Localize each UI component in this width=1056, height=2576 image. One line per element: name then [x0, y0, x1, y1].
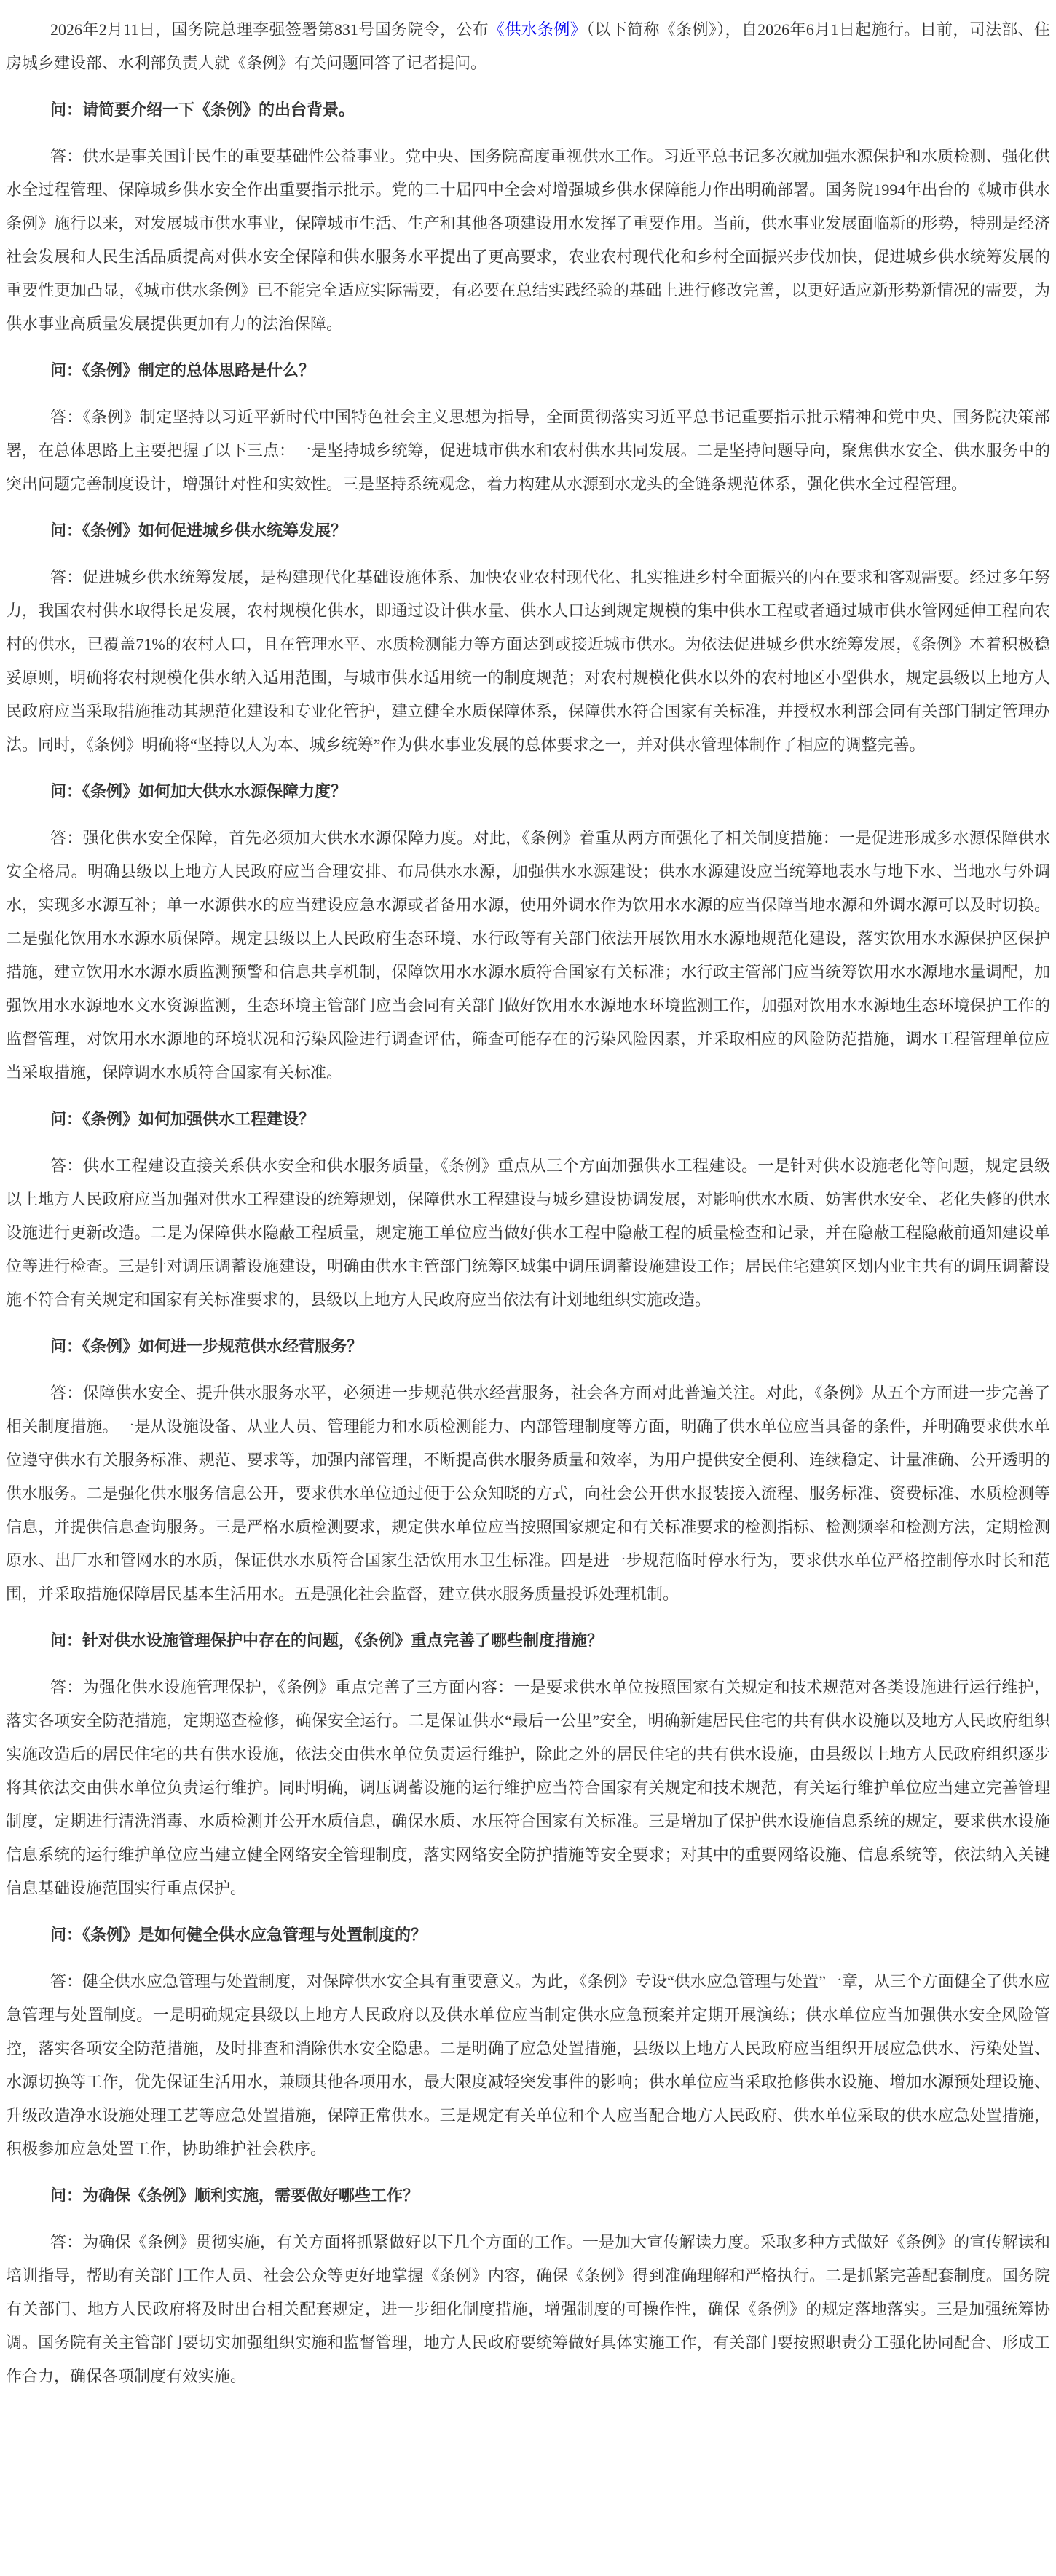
question-6: 问：《条例》如何进一步规范供水经营服务？ — [6, 1330, 1050, 1363]
intro-text-before-link: 2026年2月11日，国务院总理李强签署第831号国务院令，公布 — [50, 20, 489, 39]
question-8: 问：《条例》是如何健全供水应急管理与处置制度的？ — [6, 1918, 1050, 1952]
question-5: 问：《条例》如何加强供水工程建设？ — [6, 1103, 1050, 1136]
question-4: 问：《条例》如何加大供水水源保障力度？ — [6, 775, 1050, 808]
answer-3: 答：促进城乡供水统筹发展，是构建现代化基础设施体系、加快农业农村现代化、扎实推进… — [6, 561, 1050, 762]
press-qa-article: 2026年2月11日，国务院总理李强签署第831号国务院令，公布《供水条例》（以… — [0, 13, 1056, 2428]
water-supply-regulation-link[interactable]: 《供水条例》 — [489, 20, 586, 39]
answer-9: 答：为确保《条例》贯彻实施，有关方面将抓紧做好以下几个方面的工作。一是加大宣传解… — [6, 2226, 1050, 2393]
intro-paragraph: 2026年2月11日，国务院总理李强签署第831号国务院令，公布《供水条例》（以… — [6, 13, 1050, 80]
answer-5: 答：供水工程建设直接关系供水安全和供水服务质量，《条例》重点从三个方面加强供水工… — [6, 1149, 1050, 1317]
answer-8: 答：健全供水应急管理与处置制度，对保障供水安全具有重要意义。为此，《条例》专设“… — [6, 1965, 1050, 2166]
answer-2: 答：《条例》制定坚持以习近平新时代中国特色社会主义思想为指导，全面贯彻落实习近平… — [6, 401, 1050, 501]
question-9: 问：为确保《条例》顺利实施，需要做好哪些工作？ — [6, 2179, 1050, 2213]
answer-7: 答：为强化供水设施管理保护，《条例》重点完善了三方面内容：一是要求供水单位按照国… — [6, 1671, 1050, 1905]
question-1: 问：请简要介绍一下《条例》的出台背景。 — [6, 93, 1050, 127]
question-3: 问：《条例》如何促进城乡供水统筹发展？ — [6, 514, 1050, 548]
answer-1: 答：供水是事关国计民生的重要基础性公益事业。党中央、国务院高度重视供水工作。习近… — [6, 140, 1050, 341]
question-7: 问：针对供水设施管理保护中存在的问题，《条例》重点完善了哪些制度措施？ — [6, 1624, 1050, 1658]
answer-6: 答：保障供水安全、提升供水服务水平，必须进一步规范供水经营服务，社会各方面对此普… — [6, 1376, 1050, 1611]
answer-4: 答：强化供水安全保障，首先必须加大供水水源保障力度。对此，《条例》着重从两方面强… — [6, 822, 1050, 1090]
question-2: 问：《条例》制定的总体思路是什么？ — [6, 354, 1050, 387]
